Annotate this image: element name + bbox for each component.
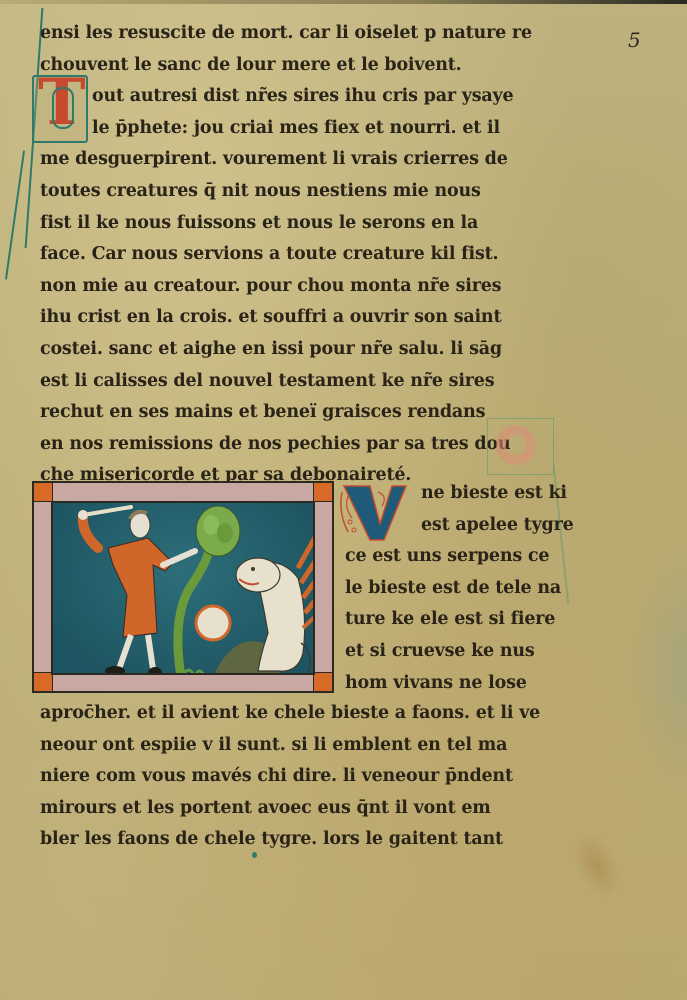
folio-number: 5 (628, 28, 641, 52)
text-line: chouvent le sanc de lour mere et le boiv… (40, 50, 585, 82)
text-line: out autresi dist nr̃es sires ihu cris pa… (40, 81, 585, 113)
text-line: mirours et les portent avoec eus q̄nt il… (40, 793, 585, 825)
miniature-tiger-hunt (32, 481, 334, 693)
text-line: ce est uns serpens ce (345, 541, 585, 573)
text-line: le p̄phete: jou criai mes fiex et nourri… (40, 113, 585, 145)
penwork-flourish-tail (5, 150, 25, 279)
offset-initial-ghost (487, 418, 554, 475)
text-line: hom vivans ne lose (345, 668, 585, 700)
miniature-scene (51, 501, 315, 675)
text-line: me desguerpirent. vourement li vrais cri… (40, 144, 585, 176)
text-line: ture ke ele est si fiere (345, 604, 585, 636)
text-line: le bieste est de tele na (345, 573, 585, 605)
text-line: ne bieste est ki (345, 478, 585, 510)
text-line: ihu crist en la crois. et souffri a ouvr… (40, 302, 585, 334)
page-edge-discoloration (627, 540, 687, 800)
manuscript-page: 5 ensi les resuscite de mort. car li ois… (0, 0, 687, 1000)
text-line: non mie au creatour. pour chou monta nr̃… (40, 271, 585, 303)
text-column-bottom: aproc̄her. et il avient ke chele bieste … (40, 698, 585, 856)
text-line: et si cruevse ke nus (345, 636, 585, 668)
text-line: est li calisses del nouvel testament ke … (40, 366, 585, 398)
frame-corner (313, 482, 333, 502)
text-line: neour ont espiie v il sunt. si li emblen… (40, 730, 585, 762)
miniature-illustration-icon (53, 503, 315, 675)
page-top-edge (0, 0, 687, 4)
text-line: ensi les resuscite de mort. car li oisel… (40, 18, 585, 50)
decorated-initial-t: T (32, 75, 88, 143)
text-column-beside-miniature: ne bieste est ki est apelee tygre ce est… (345, 478, 585, 699)
text-line: niere com vous mavés chi dire. li veneou… (40, 761, 585, 793)
frame-corner (33, 482, 53, 502)
initial-penwork-icon (52, 87, 74, 129)
text-line: fist il ke nous fuissons et nous le sero… (40, 208, 585, 240)
text-line: face. Car nous servions a toute creature… (40, 239, 585, 271)
text-line: aproc̄her. et il avient ke chele bieste … (40, 698, 585, 730)
frame-corner (33, 672, 53, 692)
text-line: toutes creatures q̄ nit nous nestiens mi… (40, 176, 585, 208)
text-line: bler les faons de chele tygre. lors le g… (40, 824, 585, 856)
ink-dot (252, 852, 257, 858)
frame-corner (313, 672, 333, 692)
text-line: est apelee tygre (345, 510, 585, 542)
text-line: costei. sanc et aighe en issi pour nr̃e … (40, 334, 585, 366)
